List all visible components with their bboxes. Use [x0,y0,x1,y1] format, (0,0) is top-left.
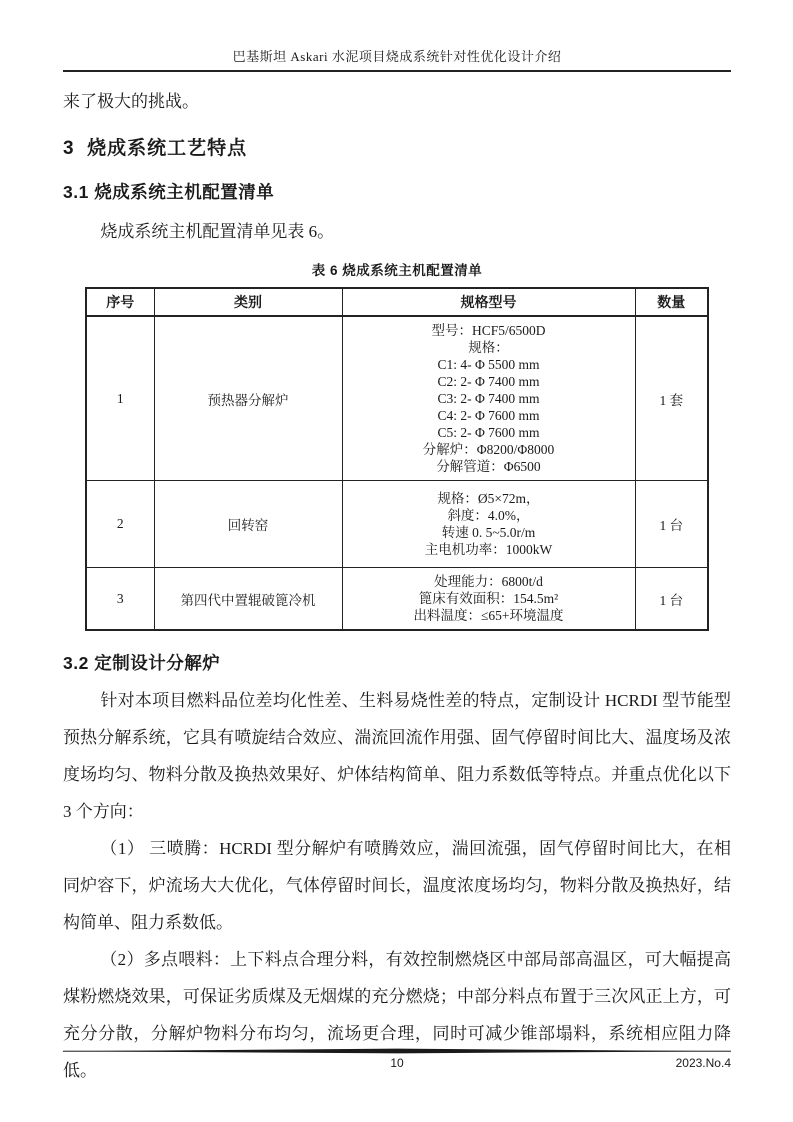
cell-spec: 处理能力：6800t/d 篦床有效面积：154.5m² 出料温度：≤65+环境温… [342,568,635,631]
paragraph-section32-2: （1） 三喷腾：HCRDI 型分解炉有喷腾效应，湍回流强，固气停留时间比大，在相… [63,830,731,941]
footer-rule [63,1048,731,1054]
section-3-heading: 3 烧成系统工艺特点 [63,133,731,160]
spec-line: 篦床有效面积：154.5m² [345,590,633,607]
cell-no: 3 [86,568,154,631]
cell-spec: 型号：HCF5/6500D 规格： C1: 4- Φ 5500 mm C2: 2… [342,316,635,481]
running-header: 巴基斯坦 Askari 水泥项目烧成系统针对性优化设计介绍 [63,46,731,72]
spec-line: 处理能力：6800t/d [345,573,633,590]
col-header-qty: 数量 [635,288,708,316]
cell-qty: 1 台 [635,481,708,568]
cell-no: 2 [86,481,154,568]
cell-category: 回转窑 [154,481,342,568]
spec-line: 斜度：4.0%， [345,507,633,524]
spec-line: 出料温度：≤65+环境温度 [345,607,633,624]
table-header-row: 序号 类别 规格型号 数量 [86,288,708,316]
paragraph-table-lead: 烧成系统主机配置清单见表 6。 [63,217,731,242]
spec-line: C5: 2- Φ 7600 mm [345,424,633,441]
issue-label: 2023.No.4 [676,1056,731,1070]
table-row: 2 回转窑 规格：Ø5×72m， 斜度：4.0%， 转速 0. 5~5.0r/m… [86,481,708,568]
col-header-spec: 规格型号 [342,288,635,316]
cell-no: 1 [86,316,154,481]
running-header-title: 巴基斯坦 Askari 水泥项目烧成系统针对性优化设计介绍 [63,46,731,65]
spec-line: 分解炉：Φ8200/Φ8000 [345,441,633,458]
section-3-1-heading: 3.1 烧成系统主机配置清单 [63,179,731,204]
document-page: 巴基斯坦 Askari 水泥项目烧成系统针对性优化设计介绍 来了极大的挑战。 3… [0,0,793,1122]
cell-qty: 1 套 [635,316,708,481]
col-header-no: 序号 [86,288,154,316]
page-footer: 10 2023.No.4 [63,1048,731,1070]
spec-line: 分解管道：Φ6500 [345,458,633,475]
footer-row: 10 2023.No.4 [63,1056,731,1070]
cell-category: 第四代中置辊破篦冷机 [154,568,342,631]
spec-line: 规格：Ø5×72m， [345,490,633,507]
table-row: 3 第四代中置辊破篦冷机 处理能力：6800t/d 篦床有效面积：154.5m²… [86,568,708,631]
spec-line: C1: 4- Φ 5500 mm [345,356,633,373]
cell-spec: 规格：Ø5×72m， 斜度：4.0%， 转速 0. 5~5.0r/m 主电机功率… [342,481,635,568]
spec-line: 主电机功率：1000kW [345,541,633,558]
paragraph-intro: 来了极大的挑战。 [63,87,731,112]
table-caption: 表 6 烧成系统主机配置清单 [63,259,731,279]
paragraph-section32-1: 针对本项目燃料品位差均化性差、生料易烧性差的特点，定制设计 HCRDI 型节能型… [63,682,731,830]
spec-line: 转速 0. 5~5.0r/m [345,524,633,541]
cell-category: 预热器分解炉 [154,316,342,481]
spec-line: C3: 2- Φ 7400 mm [345,390,633,407]
spec-line: C2: 2- Φ 7400 mm [345,373,633,390]
table-row: 1 预热器分解炉 型号：HCF5/6500D 规格： C1: 4- Φ 5500… [86,316,708,481]
header-rule [63,70,731,72]
col-header-category: 类别 [154,288,342,316]
spec-line: 型号：HCF5/6500D [345,322,633,339]
spec-line: 规格： [345,339,633,356]
cell-qty: 1 台 [635,568,708,631]
page-number: 10 [390,1056,403,1070]
spec-line: C4: 2- Φ 7600 mm [345,407,633,424]
spec-table: 序号 类别 规格型号 数量 1 预热器分解炉 型号：HCF5/6500D 规格：… [85,287,709,631]
section-3-2-heading: 3.2 定制设计分解炉 [63,650,731,675]
